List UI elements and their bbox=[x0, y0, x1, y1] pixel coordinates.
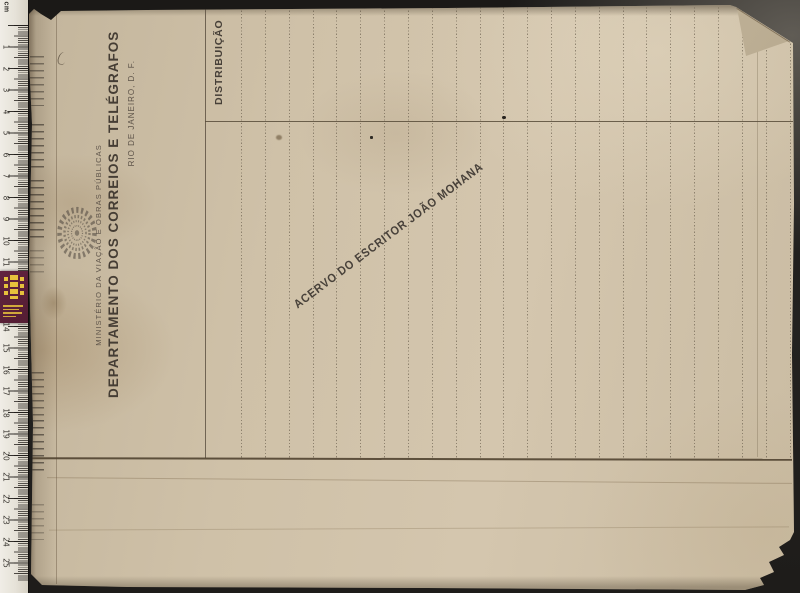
crease-line bbox=[49, 526, 789, 530]
edge-stitch-marks bbox=[30, 250, 44, 278]
table-column-line bbox=[790, 4, 791, 458]
scan-background: cm 1234567891011121314151617181920212223… bbox=[0, 0, 800, 593]
table-column-line bbox=[646, 4, 647, 458]
ruler-mark-label: 7 bbox=[0, 171, 12, 182]
ruler-mark-label: 4 bbox=[0, 106, 12, 117]
edge-stitch-marks bbox=[30, 372, 44, 418]
ruler-mark-label: 23 bbox=[0, 515, 12, 526]
table-column-line bbox=[289, 4, 290, 458]
header-separator-line bbox=[205, 121, 793, 122]
ink-speck bbox=[502, 116, 506, 119]
table-column-line bbox=[336, 4, 337, 458]
ruler-unit-label: cm bbox=[3, 2, 10, 14]
ruler-mark-label: 21 bbox=[0, 472, 12, 483]
table-column-line bbox=[480, 4, 481, 458]
ruler-mark-label: 6 bbox=[0, 149, 12, 160]
edge-stitch-marks bbox=[30, 56, 44, 106]
table-column-line bbox=[456, 4, 457, 458]
crease-line bbox=[47, 477, 792, 484]
archive-logo-icon bbox=[4, 275, 24, 299]
edge-stitch-marks bbox=[30, 420, 44, 476]
page-header-block: MINISTÉRIO DA VIAÇÃO E OBRAS PÚBLICAS DE… bbox=[94, 50, 156, 398]
bottom-border-line bbox=[30, 457, 792, 460]
department-line: DEPARTAMENTO DOS CORREIOS E TELÉGRAFOS bbox=[106, 50, 121, 398]
table-column-line bbox=[551, 4, 552, 458]
table-column-line bbox=[313, 4, 314, 458]
edge-stitch-marks bbox=[30, 504, 44, 540]
ink-speck bbox=[276, 135, 282, 140]
ruler-mark-label: 10 bbox=[0, 235, 12, 246]
ruler-mark-label: 3 bbox=[0, 85, 12, 96]
document-page: MINISTÉRIO DA VIAÇÃO E OBRAS PÚBLICAS DE… bbox=[27, 4, 796, 590]
table-column-line bbox=[766, 4, 767, 458]
table-left-border-line bbox=[205, 4, 206, 458]
archive-logo-caption bbox=[3, 303, 25, 319]
table-column-line bbox=[670, 4, 671, 458]
crease-line bbox=[757, 37, 758, 457]
crease-line bbox=[56, 14, 57, 584]
edge-stitch-marks bbox=[30, 124, 44, 172]
ruler-mark-label: 25 bbox=[0, 558, 12, 569]
ink-speck bbox=[370, 136, 373, 139]
ruler-mark-label: 24 bbox=[0, 536, 12, 547]
table-column-line bbox=[575, 4, 576, 458]
ruler-mark-label: 18 bbox=[0, 407, 12, 418]
ruler-mark-label: 22 bbox=[0, 493, 12, 504]
ruler-mark-label: 8 bbox=[0, 192, 12, 203]
ink-scribble-mark bbox=[56, 51, 68, 66]
table-column-line bbox=[241, 4, 242, 458]
provenance-stamp: ACERVO DO ESCRITOR JOÃO MOHANA bbox=[291, 159, 486, 311]
ruler-mark-label: 1 bbox=[0, 42, 12, 53]
distribution-column-header: DISTRIBUIÇÃO bbox=[213, 9, 225, 105]
ruler-mark-label: 9 bbox=[0, 214, 12, 225]
table-column-line bbox=[623, 4, 624, 458]
stain-blotch bbox=[41, 286, 67, 320]
ruler-mark-label: 16 bbox=[0, 364, 12, 375]
archive-logo bbox=[0, 271, 28, 323]
ruler-mark-label: 5 bbox=[0, 128, 12, 139]
table-column-line bbox=[408, 4, 409, 458]
table-column-line bbox=[503, 4, 504, 458]
edge-stitch-marks bbox=[30, 180, 44, 240]
table-column-line bbox=[599, 4, 600, 458]
city-line: RIO DE JANEIRO, D. F. bbox=[127, 50, 136, 398]
table-column-line bbox=[718, 4, 719, 458]
ruler-mark-label: 19 bbox=[0, 429, 12, 440]
table-column-line bbox=[694, 4, 695, 458]
ruler-mark-label: 2 bbox=[0, 63, 12, 74]
table-column-line bbox=[360, 4, 361, 458]
table-column-line bbox=[527, 4, 528, 458]
table-column-line bbox=[265, 4, 266, 458]
table-column-line bbox=[432, 4, 433, 458]
ruler-mark-label: 11 bbox=[0, 257, 12, 268]
ruler-mark-label: 17 bbox=[0, 386, 12, 397]
coat-of-arms-seal-icon bbox=[54, 200, 100, 270]
table-column-line bbox=[742, 4, 743, 458]
ruler-mark-label: 15 bbox=[0, 343, 12, 354]
ruler-mark-label: 20 bbox=[0, 450, 12, 461]
